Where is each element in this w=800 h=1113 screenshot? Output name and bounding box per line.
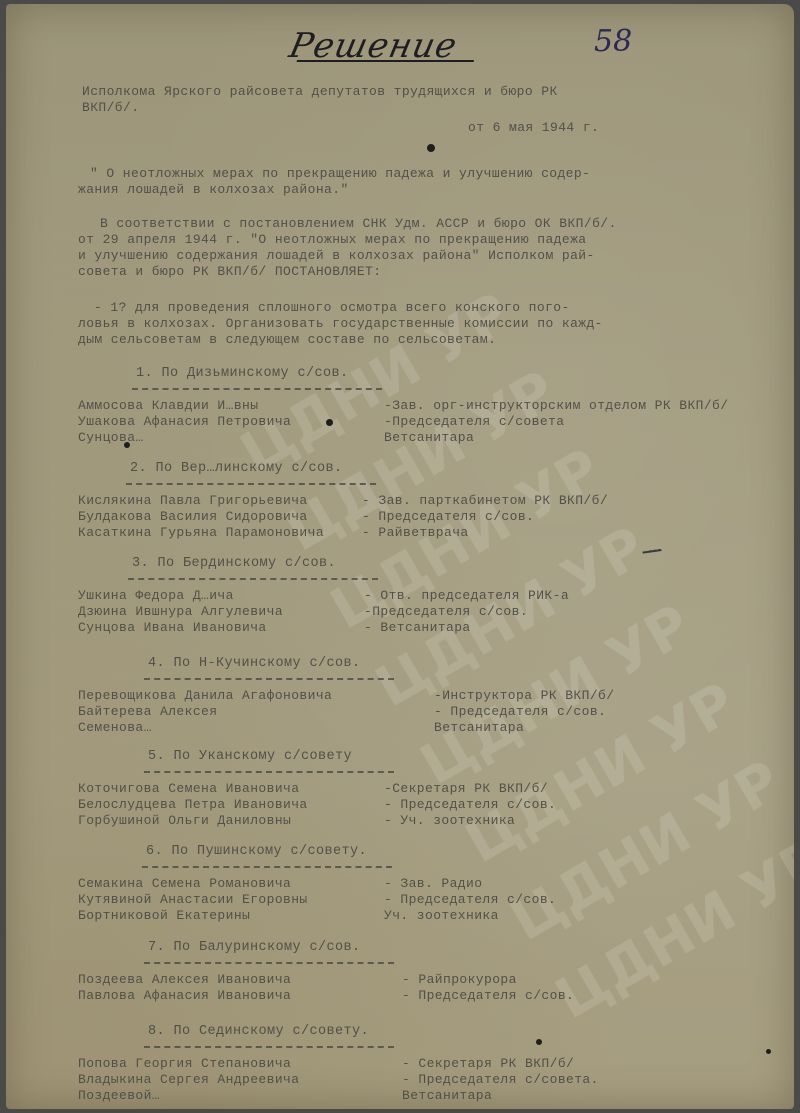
member-name: Перевощикова Данила Агафоновича: [78, 688, 332, 703]
section-underline: [144, 1046, 394, 1048]
section-heading: 1. По Дизьминскому с/сов.: [136, 366, 349, 381]
member-name: Ушкина Федора Д…ича: [78, 588, 234, 603]
member-role: - Председателя с/сов.: [362, 509, 534, 524]
member-name: Павлова Афанасия Ивановича: [78, 988, 291, 1003]
ink-blot: [536, 1039, 542, 1045]
section-underline: [126, 483, 376, 485]
member-name: Кислякина Павла Григорьевича: [78, 493, 308, 508]
member-name: Поздеевой…: [78, 1088, 160, 1103]
member-name: Белослудцева Петра Ивановича: [78, 797, 308, 812]
subject-line-2: жания лошадей в колхозах района.": [78, 182, 349, 197]
section-heading: 6. По Пушинскому с/совету.: [146, 844, 367, 859]
section-underline: [144, 771, 394, 773]
section-heading: 4. По Н-Кучинскому с/сов.: [148, 656, 361, 671]
section-heading: 2. По Вер…линскому с/сов.: [130, 461, 343, 476]
member-name: Булдакова Василия Сидоровича: [78, 509, 308, 524]
member-role: - Зав. Радио: [384, 876, 482, 891]
ink-blot: [766, 1049, 771, 1054]
member-role: -Инструктора РК ВКП/б/: [434, 688, 614, 703]
ink-blot: [326, 419, 333, 426]
member-name: Коточигова Семена Ивановича: [78, 781, 299, 796]
header-line-1: Исполкома Ярского райсовета депутатов тр…: [82, 84, 558, 99]
member-role: - Председателя с/сов.: [384, 892, 556, 907]
member-role: - Райветврача: [362, 525, 469, 540]
point-line-1: - 1? для проведения сплошного осмотра вс…: [94, 300, 570, 315]
member-role: Ветсанитара: [402, 1088, 492, 1103]
ink-blot: [427, 144, 435, 152]
member-name: Владыкина Сергея Андреевича: [78, 1072, 299, 1087]
member-name: Семакина Семена Романовича: [78, 876, 291, 891]
member-name: Аммосова Клавдии И…вны: [78, 398, 258, 413]
section-heading: 7. По Балуринскому с/сов.: [148, 940, 361, 955]
section-underline: [142, 866, 392, 868]
member-role: -Секретаря РК ВКП/б/: [384, 781, 548, 796]
member-role: Ветсанитара: [384, 430, 474, 445]
member-role: Уч. зоотехника: [384, 908, 499, 923]
page-number: 58: [594, 24, 632, 59]
member-role: - Председателя с/сов.: [434, 704, 606, 719]
member-name: Попова Георгия Степановича: [78, 1056, 291, 1071]
member-role: - Председателя с/совета.: [402, 1072, 599, 1087]
member-name: Бортниковой Екатерины: [78, 908, 250, 923]
member-name: Семенова…: [78, 720, 152, 735]
section-heading: 8. По Сединскому с/совету.: [148, 1024, 369, 1039]
date-line: от 6 мая 1944 г.: [468, 120, 599, 135]
member-name: Касаткина Гурьяна Парамоновича: [78, 525, 324, 540]
member-name: Сунцова Ивана Ивановича: [78, 620, 267, 635]
member-role: -Председателя с/сов.: [364, 604, 528, 619]
member-role: - Райпрокурора: [402, 972, 517, 987]
member-role: - Председателя с/сов.: [402, 988, 574, 1003]
section-underline: [132, 388, 382, 390]
member-name: Поздеева Алексея Ивановича: [78, 972, 291, 987]
section-underline: [144, 962, 394, 964]
member-role: -Зав. орг-инструкторским отделом РК ВКП/…: [384, 398, 728, 413]
preamble-line-3: и улучшению содержания лошадей в колхоза…: [78, 248, 595, 263]
member-role: -Председателя с/совета: [384, 414, 564, 429]
member-name: Сунцова…: [78, 430, 144, 445]
point-line-3: дым сельсоветам в следующем составе по с…: [78, 332, 496, 347]
document-page: ЦДНИ УРЦДНИ УРЦДНИ УРЦДНИ УРЦДНИ УРЦДНИ …: [6, 4, 794, 1109]
section-underline: [128, 578, 378, 580]
subject-line-1: " О неотложных мерах по прекращению паде…: [90, 166, 590, 181]
member-name: Горбушиной Ольги Даниловны: [78, 813, 291, 828]
member-role: Ветсанитара: [434, 720, 524, 735]
section-underline: [144, 678, 394, 680]
member-name: Кутявиной Анастасии Егоровны: [78, 892, 308, 907]
point-line-2: ловья в колхозах. Организовать государст…: [78, 316, 603, 331]
section-heading: 3. По Бердинскому с/сов.: [132, 556, 336, 571]
preamble-line-2: от 29 апреля 1944 г. "О неотложных мерах…: [78, 232, 586, 247]
member-role: - Председателя с/сов.: [384, 797, 556, 812]
ink-blot: [124, 442, 130, 448]
preamble-line-4: совета и бюро РК ВКП/б/ ПОСТАНОВЛЯЕТ:: [78, 264, 381, 279]
member-role: - Ветсанитара: [364, 620, 471, 635]
header-line-2: ВКП/б/.: [82, 100, 139, 115]
member-role: - Зав. парткабинетом РК ВКП/б/: [362, 493, 608, 508]
member-role: - Секретаря РК ВКП/б/: [402, 1056, 574, 1071]
member-name: Дзюина Ившнура Алгулевича: [78, 604, 283, 619]
handwritten-title: Решение: [286, 26, 461, 66]
member-name: Байтерева Алексея: [78, 704, 217, 719]
margin-signature: …: [647, 539, 661, 556]
section-heading: 5. По Уканскому с/совету: [148, 749, 352, 764]
member-role: - Отв. председателя РИК-а: [364, 588, 569, 603]
member-role: - Уч. зоотехника: [384, 813, 515, 828]
member-name: Ушакова Афанасия Петровича: [78, 414, 291, 429]
preamble-line-1: В соответствии с постановлением СНК Удм.…: [100, 216, 617, 231]
